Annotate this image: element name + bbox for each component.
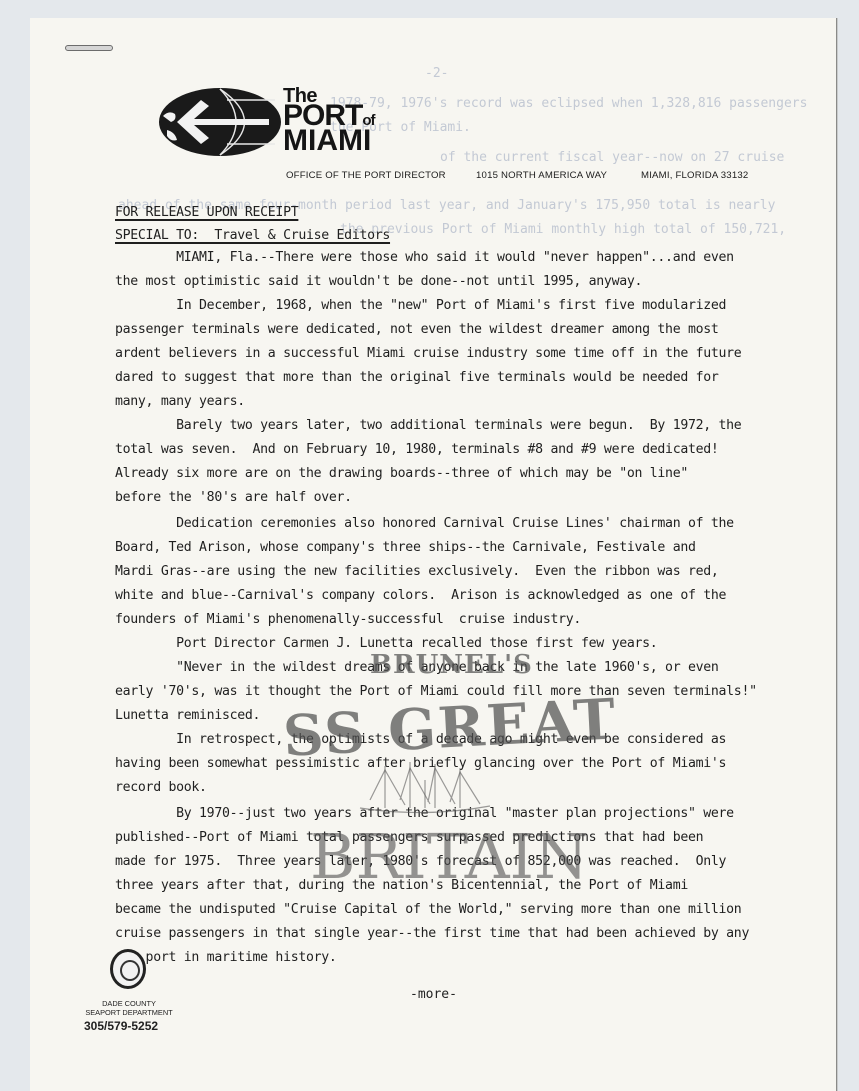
continued-marker: -more- [410,987,457,1002]
ship-watermark-icon [350,760,500,820]
page-number: -2- [425,66,448,81]
body-line: MIAMI, Fla.--There were those who said i… [115,250,734,265]
body-line: cruise passengers in that single year--t… [115,926,749,941]
body-line: made for 1975. Three years later, 1980's… [115,854,726,869]
body-line: passenger terminals were dedicated, not … [115,322,719,337]
body-line: became the undisputed "Cruise Capital of… [115,902,741,917]
body-line: Port Director Carmen J. Lunetta recalled… [115,636,657,651]
street-address: 1015 NORTH AMERICA WAY [476,170,607,181]
port-of-miami-wordmark: The PORTof MIAMI [283,88,375,154]
body-line: three years after that, during the natio… [115,878,688,893]
office-name: OFFICE OF THE PORT DIRECTOR [286,170,446,181]
city-address: MIAMI, FLORIDA 33132 [641,170,748,181]
body-line: Dedication ceremonies also honored Carni… [115,516,734,531]
paper-clip [65,45,113,51]
body-line: founders of Miami's phenomenally-success… [115,612,581,627]
body-line: ardent believers in a successful Miami c… [115,346,741,361]
body-line: white and blue--Carnival's company color… [115,588,726,603]
body-line: the most optimistic said it wouldn't be … [115,274,642,289]
body-line: Already six more are on the drawing boar… [115,466,688,481]
release-heading: FOR RELEASE UPON RECEIPT [115,205,298,220]
bleed-through-line: the previous Port of Miami monthly high … [340,222,786,237]
body-line: Board, Ted Arison, whose company's three… [115,540,696,555]
body-line: Barely two years later, two additional t… [115,418,741,433]
bleed-through-line: 1978-79, 1976's record was eclipsed when… [330,96,807,111]
body-line: In December, 1968, when the "new" Port o… [115,298,726,313]
body-line: Lunetta reminisced. [115,708,260,723]
body-line: In retrospect, the optimists of a decade… [115,732,726,747]
body-line: dared to suggest that more than the orig… [115,370,719,385]
seal-caption: DADE COUNTY SEAPORT DEPARTMENT [84,1000,174,1017]
body-line: port in maritime history. [115,950,337,965]
body-line: "Never in the wildest dreams of anyone b… [115,660,719,675]
bleed-through-line: of the current fiscal year--now on 27 cr… [440,150,784,165]
body-line: many, many years. [115,394,245,409]
dade-county-seal-icon [110,949,146,989]
body-line: Mardi Gras--are using the new facilities… [115,564,719,579]
body-line: total was seven. And on February 10, 198… [115,442,719,457]
body-line: record book. [115,780,207,795]
port-globe-logo-icon [157,86,283,158]
body-line: early '70's, was it thought the Port of … [115,684,757,699]
special-to-heading: SPECIAL TO: Travel & Cruise Editors [115,228,390,243]
body-line: published--Port of Miami total passenger… [115,830,703,845]
phone-number: 305/579-5252 [84,1019,158,1033]
body-line: before the '80's are half over. [115,490,352,505]
